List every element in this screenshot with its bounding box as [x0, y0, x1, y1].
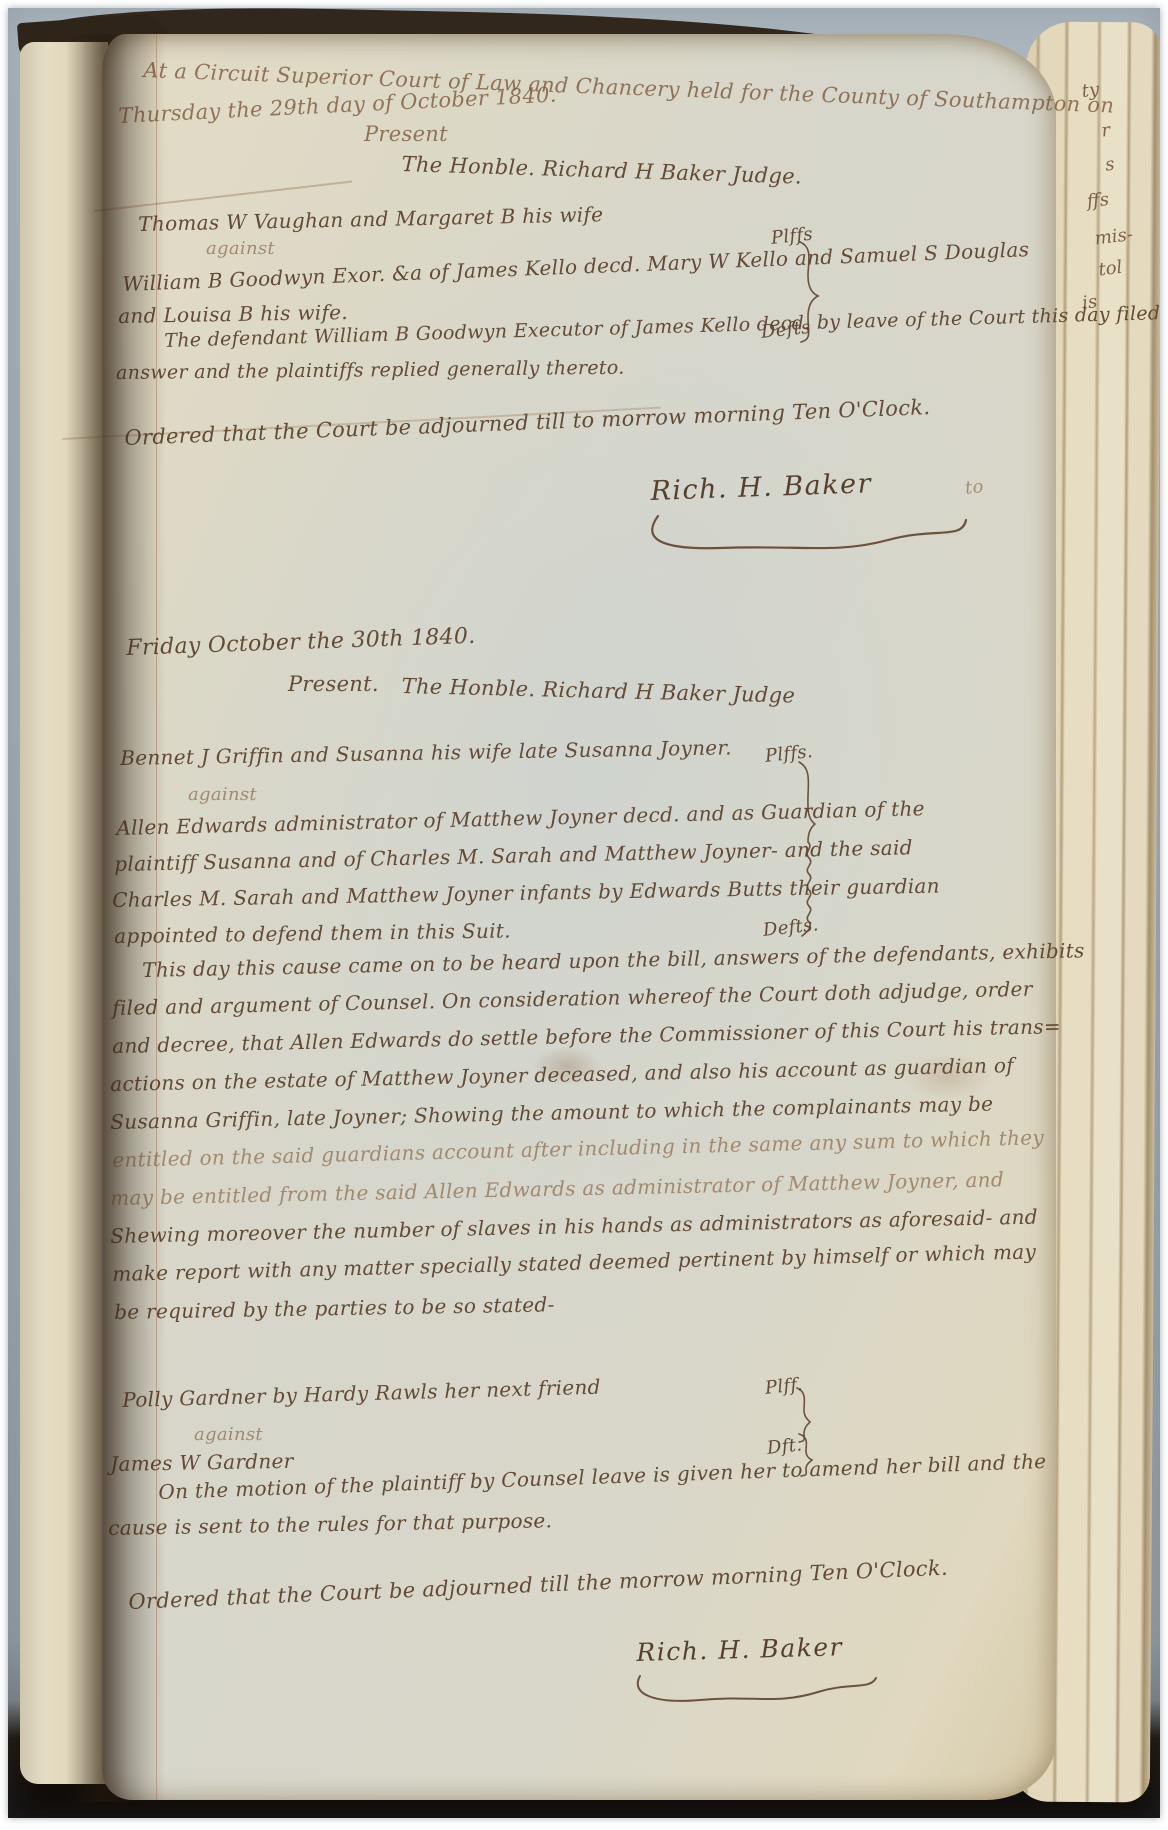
case2-defendants-line4: appointed to defend them in this Suit. [114, 918, 511, 948]
case2-decree-line: Susanna Griffin, late Joyner; Showing th… [110, 1092, 993, 1134]
session1-heading-line2: Thursday the 29th day of October 1840. [118, 83, 557, 128]
case2-decree-line: may be entitled from the said Allen Edwa… [110, 1167, 1004, 1210]
case2-decree-line: entitled on the said guardians account a… [112, 1125, 1044, 1172]
manuscript-page: At a Circuit Superior Court of Law and C… [102, 34, 1056, 1800]
session2-present-label: Present. [288, 672, 379, 696]
case1-order-line2: answer and the plaintiffs replied genera… [116, 357, 625, 384]
previous-page-edge [20, 42, 108, 1784]
signature-flourish-icon [630, 1672, 880, 1708]
case2-decree-line: filed and argument of Counsel. On consid… [112, 977, 1033, 1020]
bleed-through-fragment: to [964, 476, 985, 499]
case3-plaintiff: Polly Gardner by Hardy Rawls her next fr… [122, 1375, 601, 1412]
session1-judge-line: The Honble. Richard H Baker Judge. [401, 152, 802, 189]
case2-decree-line: Shewing moreover the number of slaves in… [110, 1205, 1038, 1248]
session2-heading: Friday October the 30th 1840. [126, 624, 476, 661]
session1-judge-signature: Rich. H. Baker [650, 468, 872, 507]
next-page-text-fragment: ffs [1086, 189, 1110, 212]
case2-decree-line: be required by the parties to be so stat… [114, 1292, 555, 1324]
next-page-text-fragment: s [1104, 154, 1116, 176]
session2-judge-signature: Rich. H. Baker [636, 1632, 843, 1667]
session2-adjournment: Ordered that the Court be adjourned till… [128, 1556, 948, 1614]
case1-defendants-line2: and Louisa B his wife. [118, 300, 348, 328]
next-page-text-fragment: mis- [1094, 224, 1134, 249]
case2-against: against [188, 784, 257, 805]
session1-adjournment: Ordered that the Court be adjourned till… [124, 395, 931, 450]
signature-flourish-icon [640, 512, 970, 558]
case2-decree-line: and decree, that Allen Edwards do settle… [112, 1014, 1061, 1058]
case3-against: against [194, 1424, 263, 1445]
session2-judge-line: The Honble. Richard H Baker Judge [401, 674, 795, 708]
next-page-text-fragment: r [1100, 120, 1111, 142]
case3-defendant: James W Gardner [110, 1449, 294, 1476]
case2-decree-line: make report with any matter specially st… [112, 1239, 1036, 1286]
next-page-text-fragment: tol [1097, 257, 1123, 281]
section-separator-stroke [94, 181, 353, 212]
case2-plaintiffs: Bennet J Griffin and Susanna his wife la… [120, 735, 732, 770]
case1-against: against [206, 238, 275, 259]
case1-plaintiffs: Thomas W Vaughan and Margaret B his wife [138, 202, 604, 236]
session1-present-label: Present [364, 122, 448, 146]
case3-order-line2: cause is sent to the rules for that purp… [108, 1508, 552, 1540]
case2-decree-line: actions on the estate of Matthew Joyner … [110, 1053, 1014, 1096]
photo-of-court-record-book: ty r s ffs mis- tol is At a Circuit Supe… [8, 8, 1160, 1818]
